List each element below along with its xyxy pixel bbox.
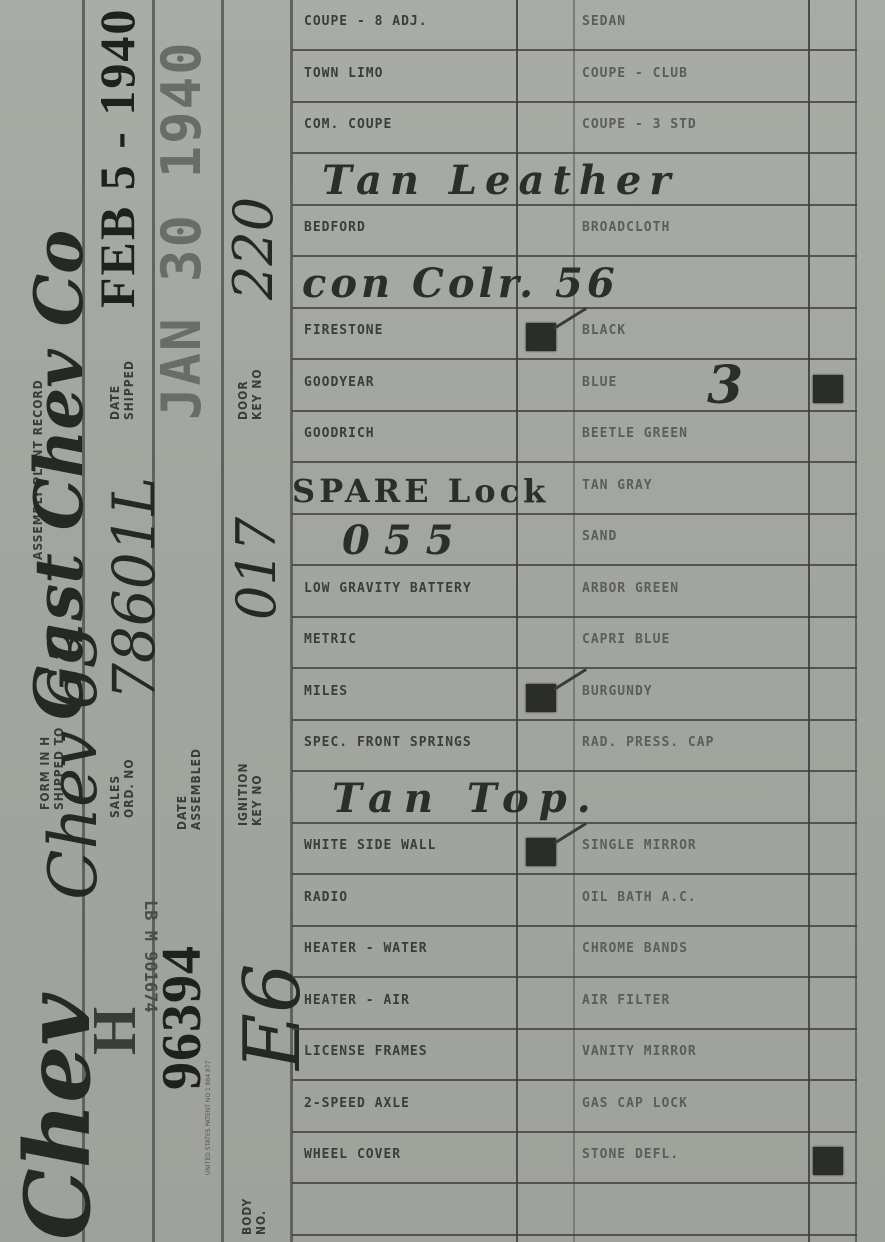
option-row: MILESBURGUNDY bbox=[292, 670, 857, 721]
option-label: TAN GRAY bbox=[582, 478, 653, 493]
option-checkbox[interactable] bbox=[811, 979, 857, 1028]
option-label: LOW GRAVITY BATTERY bbox=[304, 581, 472, 596]
option-label: COUPE - 8 ADJ. bbox=[304, 14, 428, 29]
option-label: BLUE bbox=[582, 375, 617, 390]
option-label: BEETLE GREEN bbox=[582, 426, 688, 441]
option-checkbox[interactable] bbox=[811, 0, 857, 49]
divider bbox=[221, 0, 224, 1242]
option-checkbox[interactable] bbox=[520, 361, 572, 410]
option-label: FIRESTONE bbox=[304, 323, 383, 338]
option-label: COM. COUPE bbox=[304, 117, 392, 132]
option-label: METRIC bbox=[304, 632, 357, 647]
option-row: WHITE SIDE WALLSINGLE MIRROR bbox=[292, 824, 857, 875]
option-checkbox[interactable] bbox=[520, 1082, 572, 1131]
option-row: 055SAND bbox=[292, 515, 857, 566]
option-label: BURGUNDY bbox=[582, 684, 653, 699]
option-label: BEDFORD bbox=[304, 220, 366, 235]
option-label: GOODRICH bbox=[304, 426, 375, 441]
body-no-label: BODY NO. bbox=[240, 1198, 268, 1235]
option-label: BROADCLOTH bbox=[582, 220, 670, 235]
option-label: RAD. PRESS. CAP bbox=[582, 735, 714, 750]
checkmark-box-icon bbox=[526, 684, 556, 712]
option-label: SPEC. FRONT SPRINGS bbox=[304, 735, 472, 750]
option-checkbox[interactable] bbox=[811, 927, 857, 976]
option-checkbox[interactable] bbox=[520, 464, 572, 513]
option-label: MILES bbox=[304, 684, 348, 699]
checkmark-box-icon bbox=[813, 1147, 843, 1175]
option-checkbox[interactable] bbox=[811, 773, 857, 822]
option-row bbox=[292, 1185, 857, 1236]
option-label: OIL BATH A.C. bbox=[582, 890, 697, 905]
option-checkbox[interactable] bbox=[811, 670, 857, 719]
option-checkbox[interactable] bbox=[520, 309, 572, 358]
option-label: LICENSE FRAMES bbox=[304, 1044, 428, 1059]
option-checkbox[interactable] bbox=[811, 309, 857, 358]
option-label: SAND bbox=[582, 529, 617, 544]
footer-fine-print: UNITED STATES PATENT NO 1 884 877 bbox=[205, 1061, 212, 1176]
door-key-value: 220 bbox=[222, 197, 285, 300]
option-checkbox[interactable] bbox=[811, 412, 857, 461]
option-checkbox[interactable] bbox=[520, 979, 572, 1028]
date-shipped-value: FEB 5 - 1940 bbox=[88, 8, 146, 308]
option-row: RADIOOIL BATH A.C. bbox=[292, 876, 857, 927]
option-checkbox[interactable] bbox=[811, 206, 857, 255]
option-checkbox[interactable] bbox=[520, 876, 572, 925]
option-checkbox[interactable] bbox=[811, 464, 857, 513]
option-checkbox[interactable] bbox=[811, 876, 857, 925]
option-checkbox[interactable] bbox=[811, 515, 857, 564]
option-row: HEATER - WATERCHROME BANDS bbox=[292, 927, 857, 978]
option-checkbox[interactable] bbox=[520, 567, 572, 616]
option-label: HEATER - AIR bbox=[304, 993, 410, 1008]
option-checkbox[interactable] bbox=[520, 773, 572, 822]
option-label: TOWN LIMO bbox=[304, 66, 383, 81]
option-checkbox[interactable] bbox=[520, 1030, 572, 1079]
option-label: GOODYEAR bbox=[304, 375, 375, 390]
option-label: CHROME BANDS bbox=[582, 941, 688, 956]
body-prefix: H bbox=[80, 1007, 151, 1055]
option-row: con Colr. 56 bbox=[292, 258, 857, 309]
option-row: BEDFORDBROADCLOTH bbox=[292, 206, 857, 257]
option-checkbox[interactable] bbox=[811, 567, 857, 616]
option-row: METRICCAPRI BLUE bbox=[292, 618, 857, 669]
checkmark-box-icon bbox=[526, 838, 556, 866]
option-checkbox[interactable] bbox=[811, 1030, 857, 1079]
option-row: SPARE LockTAN GRAY bbox=[292, 464, 857, 515]
option-row: HEATER - AIRAIR FILTER bbox=[292, 979, 857, 1030]
option-checkbox[interactable] bbox=[811, 1082, 857, 1131]
option-checkbox[interactable] bbox=[520, 1185, 572, 1234]
option-checkbox[interactable] bbox=[811, 258, 857, 307]
option-checkbox[interactable] bbox=[520, 1133, 572, 1182]
option-row: SPEC. FRONT SPRINGSRAD. PRESS. CAP bbox=[292, 721, 857, 772]
handwritten-entry: Tan Leather bbox=[322, 157, 678, 204]
option-checkbox[interactable] bbox=[811, 103, 857, 152]
assembly-record-card: ASSEMBLY PLANT RECORD FORM IN H SHIPPED … bbox=[0, 0, 885, 1242]
door-key-label: DOOR KEY NO bbox=[236, 368, 264, 420]
checkmark-box-icon bbox=[526, 323, 556, 351]
option-checkbox[interactable] bbox=[520, 52, 572, 101]
option-checkbox[interactable] bbox=[520, 927, 572, 976]
option-row: TOWN LIMOCOUPE - CLUB bbox=[292, 52, 857, 103]
option-label: RADIO bbox=[304, 890, 348, 905]
option-checkbox[interactable] bbox=[811, 721, 857, 770]
option-label: SINGLE MIRROR bbox=[582, 838, 697, 853]
option-row: Tan Top. bbox=[292, 773, 857, 824]
option-row: 2-SPEED AXLEGAS CAP LOCK bbox=[292, 1082, 857, 1133]
option-checkbox[interactable] bbox=[811, 1185, 857, 1234]
option-label: 2-SPEED AXLE bbox=[304, 1096, 410, 1111]
option-label: COUPE - CLUB bbox=[582, 66, 688, 81]
option-checkbox[interactable] bbox=[520, 0, 572, 49]
option-checkbox[interactable] bbox=[520, 206, 572, 255]
model-handwritten: Chev 63 bbox=[35, 626, 112, 900]
option-label: WHITE SIDE WALL bbox=[304, 838, 436, 853]
option-checkbox[interactable] bbox=[520, 515, 572, 564]
option-checkbox[interactable] bbox=[811, 52, 857, 101]
option-label: VANITY MIRROR bbox=[582, 1044, 697, 1059]
option-checkbox[interactable] bbox=[520, 103, 572, 152]
option-label: GAS CAP LOCK bbox=[582, 1096, 688, 1111]
option-checkbox[interactable] bbox=[811, 824, 857, 873]
option-checkbox[interactable] bbox=[811, 361, 857, 410]
date-assembled-label: DATE ASSEMBLED bbox=[175, 748, 203, 830]
row-divider bbox=[292, 1234, 857, 1236]
option-checkbox[interactable] bbox=[520, 618, 572, 667]
option-label: STONE DEFL. bbox=[582, 1147, 679, 1162]
option-checkbox[interactable] bbox=[811, 155, 857, 204]
date-shipped-label: DATE SHIPPED bbox=[108, 360, 136, 420]
handwritten-entry: SPARE Lock bbox=[292, 472, 549, 510]
sales-ord-label: SALES ORD. NO bbox=[108, 758, 136, 818]
option-checkbox[interactable] bbox=[520, 155, 572, 204]
date-assembled-value: JAN 30 1940 bbox=[150, 40, 213, 420]
ignition-key-label: IGNITION KEY NO bbox=[236, 762, 264, 826]
ignition-key-value: 017 bbox=[225, 517, 288, 620]
option-label: SEDAN bbox=[582, 14, 626, 29]
option-row: COUPE - 8 ADJ.SEDAN bbox=[292, 0, 857, 51]
option-row: GOODYEARBLUE3 bbox=[292, 361, 857, 412]
option-checkbox[interactable] bbox=[520, 412, 572, 461]
option-row: COM. COUPECOUPE - 3 STD bbox=[292, 103, 857, 154]
option-label: WHEEL COVER bbox=[304, 1147, 401, 1162]
options-grid: COUPE - 8 ADJ.SEDANTOWN LIMOCOUPE - CLUB… bbox=[292, 0, 857, 1242]
option-checkbox[interactable] bbox=[520, 824, 572, 873]
handwritten-entry: 055 bbox=[342, 517, 468, 564]
option-row: FIRESTONEBLACK bbox=[292, 309, 857, 360]
option-checkbox[interactable] bbox=[811, 1133, 857, 1182]
option-label: HEATER - WATER bbox=[304, 941, 428, 956]
option-label: ARBOR GREEN bbox=[582, 581, 679, 596]
checkmark-box-icon bbox=[813, 375, 843, 403]
option-row: Tan Leather bbox=[292, 155, 857, 206]
option-row: LICENSE FRAMESVANITY MIRROR bbox=[292, 1030, 857, 1081]
option-checkbox[interactable] bbox=[811, 618, 857, 667]
option-label: COUPE - 3 STD bbox=[582, 117, 697, 132]
option-checkbox[interactable] bbox=[520, 721, 572, 770]
option-row: WHEEL COVERSTONE DEFL. bbox=[292, 1133, 857, 1184]
handwritten-annotation: 3 bbox=[707, 355, 743, 416]
option-row: LOW GRAVITY BATTERYARBOR GREEN bbox=[292, 567, 857, 618]
option-label: BLACK bbox=[582, 323, 626, 338]
option-checkbox[interactable] bbox=[520, 670, 572, 719]
option-row: GOODRICHBEETLE GREEN bbox=[292, 412, 857, 463]
option-label: AIR FILTER bbox=[582, 993, 670, 1008]
option-label: CAPRI BLUE bbox=[582, 632, 670, 647]
option-checkbox[interactable] bbox=[520, 258, 572, 307]
